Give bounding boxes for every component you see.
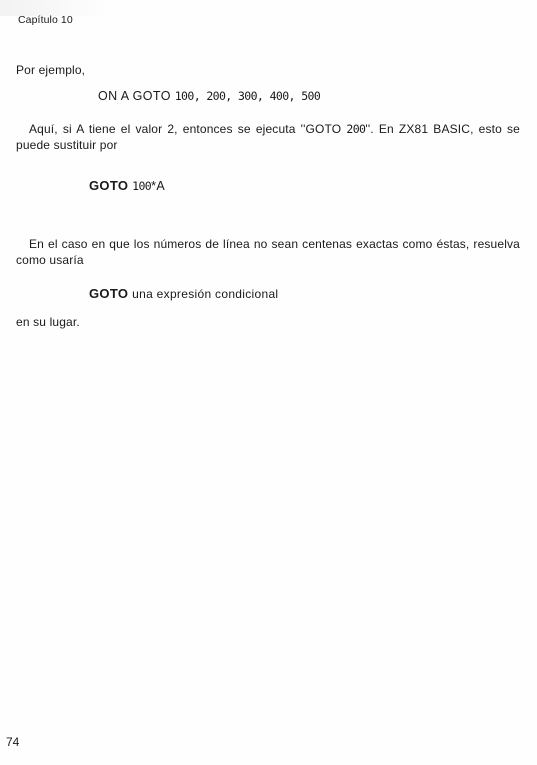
intro-text: Por ejemplo, <box>16 62 85 78</box>
code-example-goto-conditional: GOTO una expresión condicional <box>89 286 278 301</box>
code-example-goto-expression: GOTO 100*A <box>89 178 165 193</box>
running-head: Capítulo 10 <box>18 14 73 26</box>
paragraph-explanation: Aquí, si A tiene el valor 2, entonces se… <box>16 121 520 153</box>
code-description: una expresión condicional <box>132 287 278 301</box>
paragraph-alternative: En el caso en que los números de línea n… <box>16 236 520 268</box>
book-page: Capítulo 10 Por ejemplo, ON A GOTO 100, … <box>0 0 537 765</box>
paragraph-text-before: Aquí, si A tiene el valor 2, entonces se… <box>29 122 346 136</box>
code-keyword: GOTO <box>89 178 128 193</box>
code-keyword: GOTO <box>89 286 128 301</box>
code-number: 100 <box>132 179 151 193</box>
page-number: 74 <box>6 735 19 749</box>
code-line-numbers: 100, 200, 300, 400, 500 <box>175 89 320 103</box>
code-prefix: ON A GOTO <box>98 89 175 103</box>
code-expression-rest: *A <box>151 179 165 193</box>
code-example-on-goto: ON A GOTO 100, 200, 300, 400, 500 <box>98 89 320 103</box>
outro-text: en su lugar. <box>16 314 80 330</box>
inline-code-number: 200 <box>346 122 365 136</box>
